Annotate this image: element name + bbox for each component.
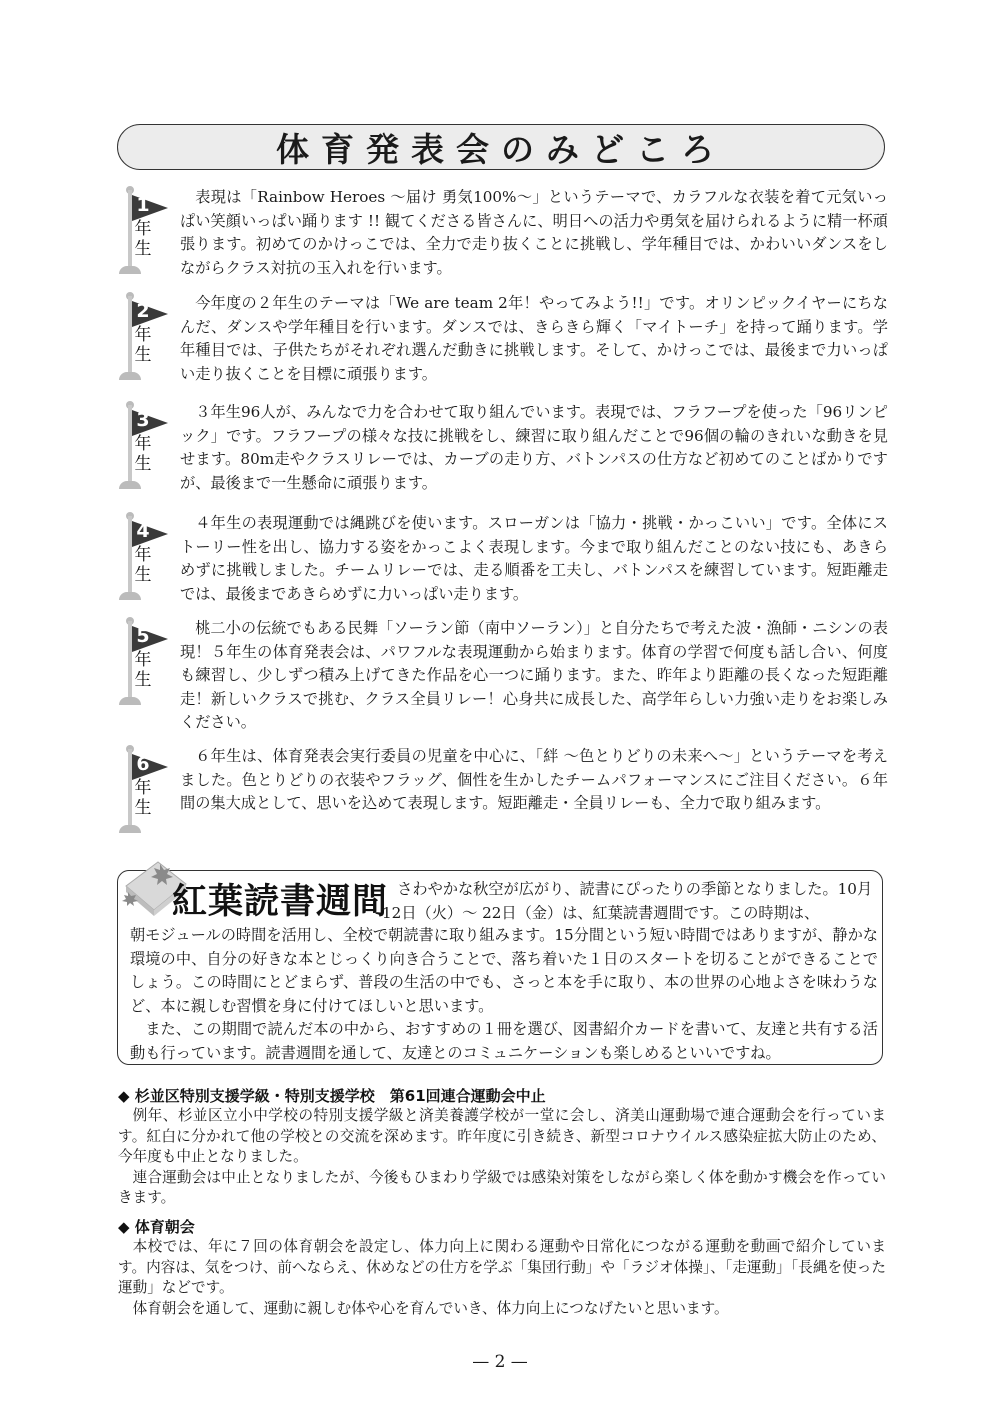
flag-icon: 6 年生 <box>118 745 168 835</box>
grade-number: 2 <box>133 300 153 322</box>
section-paragraph: 連合運動会は中止となりましたが、今後もひまわり学級では感染対策をしながら楽しく体… <box>118 1168 886 1209</box>
section-paragraph: 体育朝会を通して、運動に親しむ体や心を育んでいき、体力向上につなげたいと思います… <box>118 1299 886 1320</box>
grade-label: 年生 <box>133 325 153 365</box>
grade-description: 表現は「Rainbow Heroes ～届け 勇気100%～」というテーマで、カ… <box>180 186 888 280</box>
flag-icon: 1 年生 <box>118 186 168 276</box>
grade-label: 年生 <box>133 219 153 259</box>
grade-section-2: 2 年生 今年度の２年生のテーマは「We are team 2年！やってみよう!… <box>118 292 888 386</box>
grade-description: 桃二小の伝統でもある民舞「ソーラン節（南中ソーラン）」と自分たちで考えた波・漁師… <box>180 617 888 735</box>
section-heading: ◆ 体育朝会 <box>118 1217 886 1237</box>
grade-section-6: 6 年生 ６年生は、体育発表会実行委員の児童を中心に、「絆 ～色とりどりの未来へ… <box>118 745 888 816</box>
flag-icon: 5 年生 <box>118 617 168 707</box>
page-number: — 2 — <box>0 1352 1000 1372</box>
grade-description: 今年度の２年生のテーマは「We are team 2年！やってみよう!!」です。… <box>180 292 888 386</box>
reading-week-title: 紅葉読書週間 <box>172 874 388 924</box>
grade-description: ６年生は、体育発表会実行委員の児童を中心に、「絆 ～色とりどりの未来へ～」という… <box>180 745 888 816</box>
grade-description: ４年生の表現運動では縄跳びを使います。スローガンは「協力・挑戦・かっこいい」です… <box>180 512 888 606</box>
reading-week-intro: さわやかな秋空が広がり、読書にぴったりの季節となりました。10月12日（火）～ … <box>382 878 882 925</box>
grade-label: 年生 <box>133 778 153 818</box>
reading-week-body: 朝モジュールの時間を活用し、全校で朝読書に取り組みます。15分間という短い時間で… <box>130 924 878 1065</box>
grade-section-5: 5 年生 桃二小の伝統でもある民舞「ソーラン節（南中ソーラン）」と自分たちで考え… <box>118 617 888 735</box>
grade-label: 年生 <box>133 650 153 690</box>
grade-section-1: 1 年生 表現は「Rainbow Heroes ～届け 勇気100%～」というテ… <box>118 186 888 280</box>
grade-description: ３年生96人が、みんなで力を合わせて取り組んでいます。表現では、フラフープを使っ… <box>180 401 888 495</box>
flag-icon: 2 年生 <box>118 292 168 382</box>
flag-icon: 3 年生 <box>118 401 168 491</box>
page-title: 体育発表会のみどころ <box>276 124 726 171</box>
grade-section-4: 4 年生 ４年生の表現運動では縄跳びを使います。スローガンは「協力・挑戦・かっこ… <box>118 512 888 606</box>
reading-week-paragraph: 朝モジュールの時間を活用し、全校で朝読書に取り組みます。15分間という短い時間で… <box>130 924 878 1018</box>
section-heading: ◆ 杉並区特別支援学級・特別支援学校 第61回連合運動会中止 <box>118 1086 886 1106</box>
section-paragraph: 例年、杉並区立小中学校の特別支援学級と済美養護学校が一堂に会し、済美山運動場で連… <box>118 1106 886 1168</box>
flag-icon: 4 年生 <box>118 512 168 602</box>
grade-number: 4 <box>133 520 153 542</box>
reading-week-paragraph: また、この期間で読んだ本の中から、おすすめの１冊を選び、図書紹介カードを書いて、… <box>130 1018 878 1065</box>
grade-number: 6 <box>133 753 153 775</box>
grade-section-3: 3 年生 ３年生96人が、みんなで力を合わせて取り組んでいます。表現では、フラフ… <box>118 401 888 495</box>
grade-number: 5 <box>133 625 153 647</box>
grade-number: 3 <box>133 409 153 431</box>
grade-label: 年生 <box>133 434 153 474</box>
grade-number: 1 <box>133 194 153 216</box>
section-paragraph: 本校では、年に７回の体育朝会を設定し、体力向上に関わる運動や日常化につながる運動… <box>118 1237 886 1299</box>
section-joint-sports-day: ◆ 杉並区特別支援学級・特別支援学校 第61回連合運動会中止 例年、杉並区立小中… <box>118 1086 886 1209</box>
page-title-banner: 体育発表会のみどころ <box>117 124 885 170</box>
grade-label: 年生 <box>133 545 153 585</box>
section-pe-assembly: ◆ 体育朝会 本校では、年に７回の体育朝会を設定し、体力向上に関わる運動や日常化… <box>118 1217 886 1319</box>
